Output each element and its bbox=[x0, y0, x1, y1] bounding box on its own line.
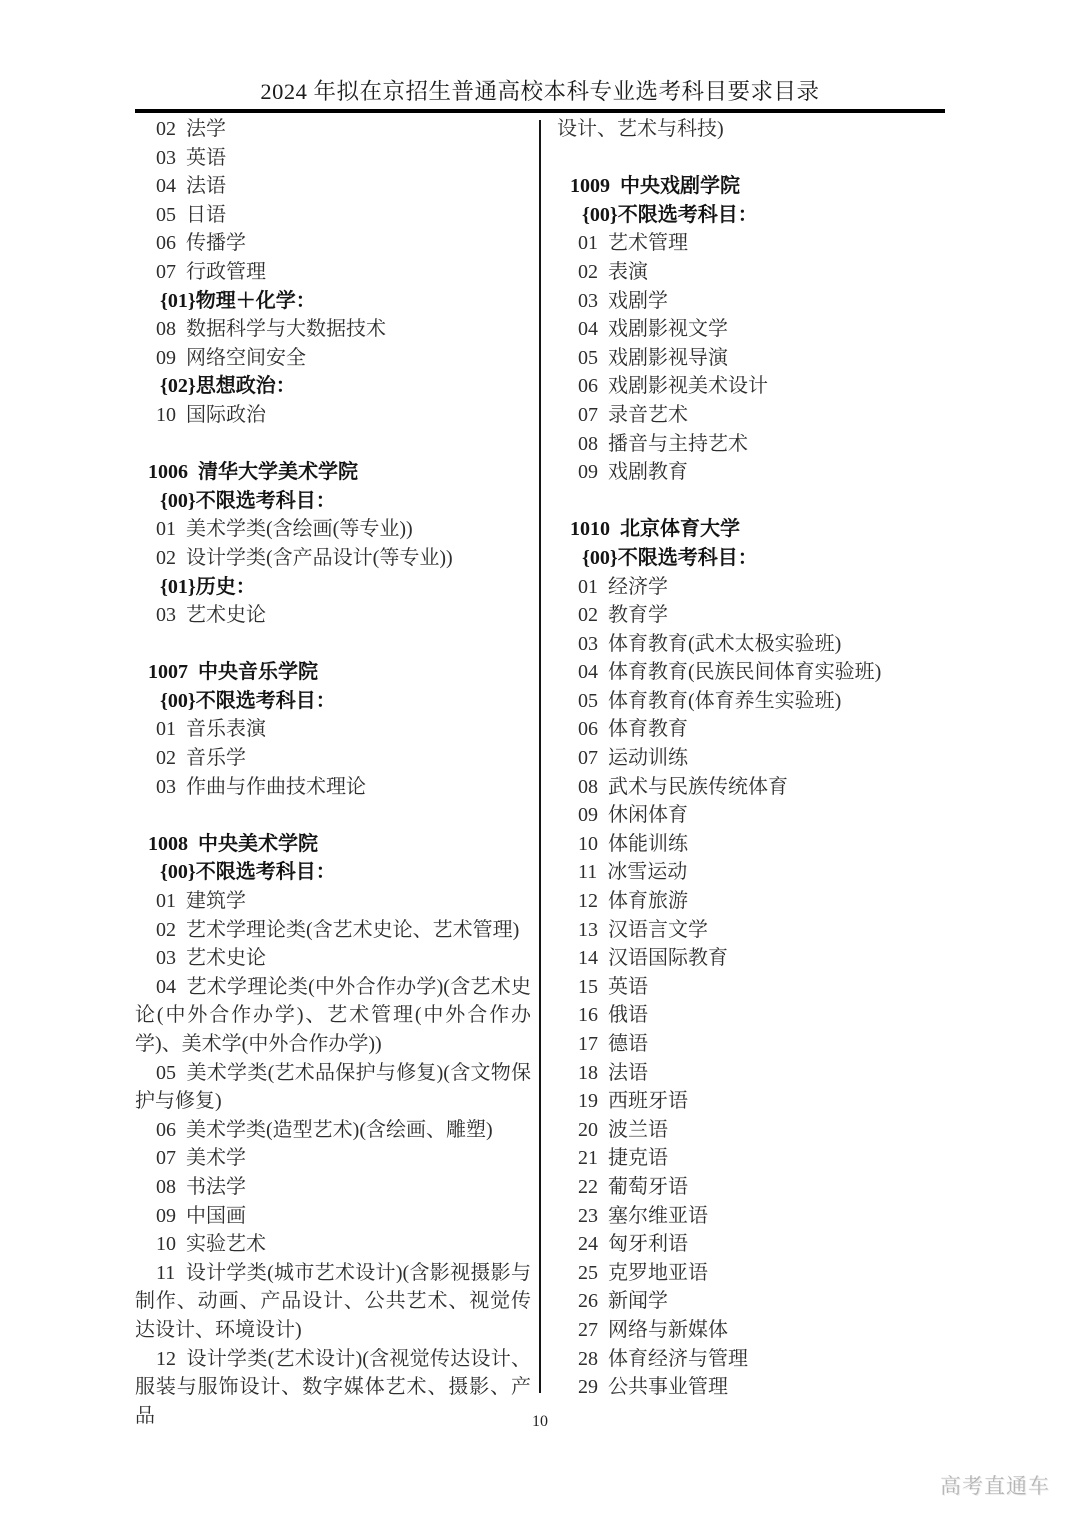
list-line-item: 27 网络与新媒体 bbox=[557, 1316, 946, 1345]
list-line-item: 02 音乐学 bbox=[135, 744, 531, 773]
blank-line bbox=[135, 630, 531, 659]
list-line-item: 12 体育旅游 bbox=[557, 887, 946, 916]
list-line-item: 04 艺术学理论类(中外合作办学)(含艺术史论(中外合作办学)、艺术管理(中外合… bbox=[135, 973, 531, 1059]
list-line-item: 03 英语 bbox=[135, 144, 531, 173]
list-line-item: 01 美术学类(含绘画(等专业)) bbox=[135, 515, 531, 544]
list-line-item: 08 书法学 bbox=[135, 1173, 531, 1202]
list-line-item: 01 音乐表演 bbox=[135, 715, 531, 744]
list-line-item: 03 艺术史论 bbox=[135, 944, 531, 973]
list-line-item: 21 捷克语 bbox=[557, 1144, 946, 1173]
list-line-item: 02 表演 bbox=[557, 258, 946, 287]
list-line-item: 04 体育教育(民族民间体育实验班) bbox=[557, 658, 946, 687]
list-line-item: 22 葡萄牙语 bbox=[557, 1173, 946, 1202]
list-line-school: 1010 北京体育大学 bbox=[557, 515, 946, 544]
list-line-item: 17 德语 bbox=[557, 1030, 946, 1059]
list-line-group: {00}不限选考科目： bbox=[557, 544, 946, 573]
list-line-item: 01 经济学 bbox=[557, 573, 946, 602]
list-line-item: 02 法学 bbox=[135, 115, 531, 144]
list-line-item: 06 美术学类(造型艺术)(含绘画、雕塑) bbox=[135, 1116, 531, 1145]
left-column: 02 法学03 英语04 法语05 日语06 传播学07 行政管理{01}物理＋… bbox=[135, 115, 531, 1430]
list-line-item: 03 作曲与作曲技术理论 bbox=[135, 773, 531, 802]
list-line-group: {00}不限选考科目： bbox=[557, 201, 946, 230]
list-line-item: 06 体育教育 bbox=[557, 715, 946, 744]
list-line-item: 09 休闲体育 bbox=[557, 801, 946, 830]
list-line-item: 13 汉语言文学 bbox=[557, 916, 946, 945]
list-line-item: 14 汉语国际教育 bbox=[557, 944, 946, 973]
list-line-item: 20 波兰语 bbox=[557, 1116, 946, 1145]
list-line-item: 11 设计学类(城市艺术设计)(含影视摄影与制作、动画、产品设计、公共艺术、视觉… bbox=[135, 1259, 531, 1345]
list-line-item: 26 新闻学 bbox=[557, 1287, 946, 1316]
list-line-item: 19 西班牙语 bbox=[557, 1087, 946, 1116]
list-line-item: 04 法语 bbox=[135, 172, 531, 201]
list-line-item: 05 体育教育(体育养生实验班) bbox=[557, 687, 946, 716]
list-line-item: 02 设计学类(含产品设计(等专业)) bbox=[135, 544, 531, 573]
list-line-item: 06 传播学 bbox=[135, 229, 531, 258]
list-line-item: 02 教育学 bbox=[557, 601, 946, 630]
blank-line bbox=[557, 487, 946, 516]
blank-line bbox=[135, 801, 531, 830]
list-line-school: 1007 中央音乐学院 bbox=[135, 658, 531, 687]
list-line-item: 29 公共事业管理 bbox=[557, 1373, 946, 1402]
list-line-group: {01}历史： bbox=[135, 573, 531, 602]
list-line-item: 05 美术学类(艺术品保护与修复)(含文物保护与修复) bbox=[135, 1059, 531, 1116]
list-line-item: 03 艺术史论 bbox=[135, 601, 531, 630]
right-column: 设计、艺术与科技)1009 中央戏剧学院{00}不限选考科目：01 艺术管理02… bbox=[557, 115, 946, 1402]
list-line-item: 03 戏剧学 bbox=[557, 287, 946, 316]
list-line-item: 16 俄语 bbox=[557, 1001, 946, 1030]
list-line-item: 09 中国画 bbox=[135, 1202, 531, 1231]
list-line-item: 06 戏剧影视美术设计 bbox=[557, 372, 946, 401]
page-title: 2024 年拟在京招生普通高校本科专业选考科目要求目录 bbox=[135, 74, 945, 106]
list-line-item: 11 冰雪运动 bbox=[557, 858, 946, 887]
list-line-school: 1006 清华大学美术学院 bbox=[135, 458, 531, 487]
list-line-group: {01}物理＋化学： bbox=[135, 287, 531, 316]
blank-line bbox=[557, 144, 946, 173]
list-line-school: 1009 中央戏剧学院 bbox=[557, 172, 946, 201]
list-line-item: 07 运动训练 bbox=[557, 744, 946, 773]
list-line-item: 08 数据科学与大数据技术 bbox=[135, 315, 531, 344]
list-line-item: 15 英语 bbox=[557, 973, 946, 1002]
list-line-item: 05 戏剧影视导演 bbox=[557, 344, 946, 373]
list-line-item: 10 国际政治 bbox=[135, 401, 531, 430]
list-line-item: 23 塞尔维亚语 bbox=[557, 1202, 946, 1231]
list-line-group: {00}不限选考科目： bbox=[135, 687, 531, 716]
list-line-item: 08 播音与主持艺术 bbox=[557, 430, 946, 459]
watermark: 高考直通车 bbox=[940, 1470, 1050, 1500]
list-line-item: 25 克罗地亚语 bbox=[557, 1259, 946, 1288]
list-line-group: {00}不限选考科目： bbox=[135, 487, 531, 516]
list-line-group: {00}不限选考科目： bbox=[135, 858, 531, 887]
column-divider bbox=[539, 120, 541, 1393]
blank-line bbox=[135, 430, 531, 459]
list-line-item: 09 网络空间安全 bbox=[135, 344, 531, 373]
list-line-item: 07 美术学 bbox=[135, 1144, 531, 1173]
list-line-item: 28 体育经济与管理 bbox=[557, 1345, 946, 1374]
list-line-item: 04 戏剧影视文学 bbox=[557, 315, 946, 344]
header-rule bbox=[135, 109, 945, 113]
list-line-item: 18 法语 bbox=[557, 1059, 946, 1088]
list-line-item: 03 体育教育(武术太极实验班) bbox=[557, 630, 946, 659]
list-line-item: 24 匈牙利语 bbox=[557, 1230, 946, 1259]
list-line-item: 05 日语 bbox=[135, 201, 531, 230]
list-line-item: 01 艺术管理 bbox=[557, 229, 946, 258]
page-number: 10 bbox=[0, 1413, 1080, 1431]
document-page: 2024 年拟在京招生普通高校本科专业选考科目要求目录 02 法学03 英语04… bbox=[0, 0, 1080, 1527]
list-line-item: 02 艺术学理论类(含艺术史论、艺术管理) bbox=[135, 916, 531, 945]
list-line-school: 1008 中央美术学院 bbox=[135, 830, 531, 859]
list-line-item: 01 建筑学 bbox=[135, 887, 531, 916]
list-line-cont: 设计、艺术与科技) bbox=[557, 115, 946, 144]
list-line-item: 09 戏剧教育 bbox=[557, 458, 946, 487]
list-line-item: 08 武术与民族传统体育 bbox=[557, 773, 946, 802]
list-line-group: {02}思想政治： bbox=[135, 372, 531, 401]
list-line-item: 07 录音艺术 bbox=[557, 401, 946, 430]
list-line-item: 10 实验艺术 bbox=[135, 1230, 531, 1259]
list-line-item: 10 体能训练 bbox=[557, 830, 946, 859]
list-line-item: 07 行政管理 bbox=[135, 258, 531, 287]
